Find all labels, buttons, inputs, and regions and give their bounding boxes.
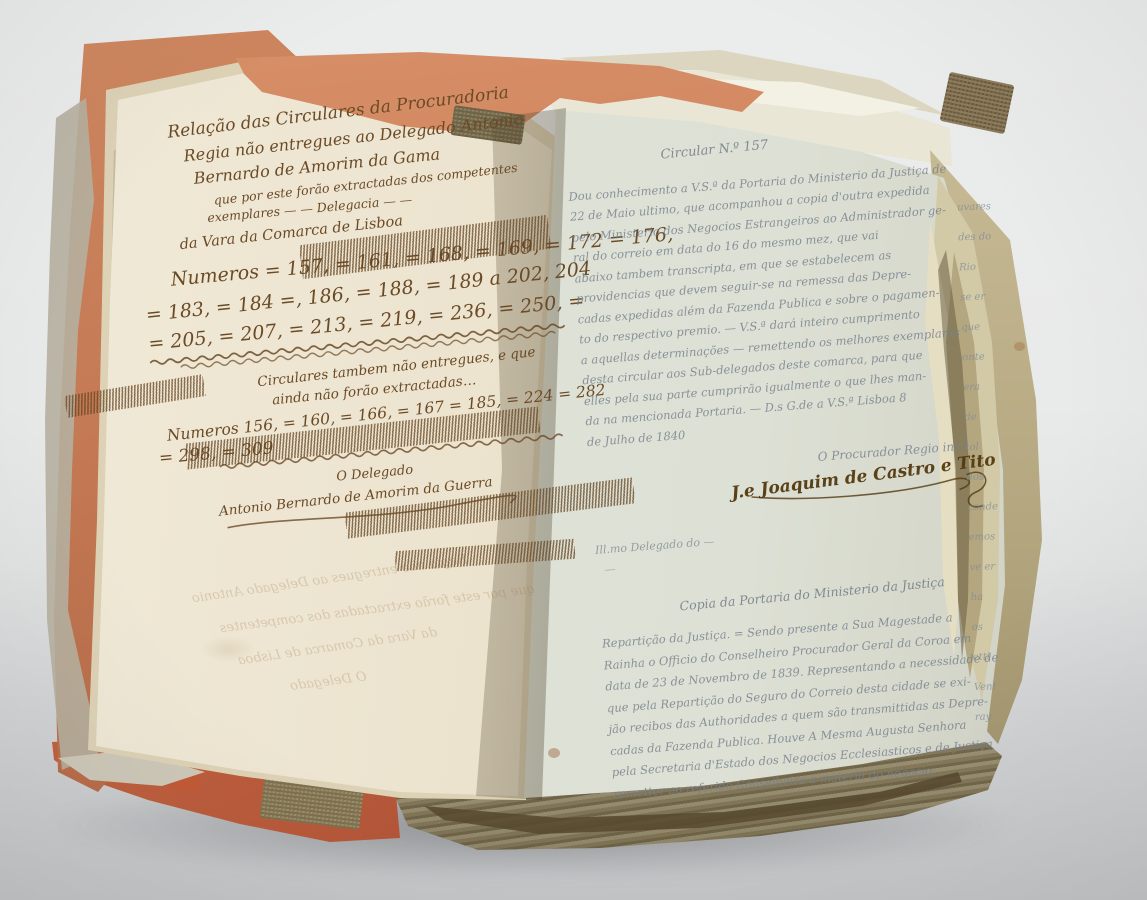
edge-fragment: dos bbox=[966, 461, 1039, 493]
bleedthrough-line: da Vara da Comarca de Lisboa bbox=[237, 625, 438, 669]
edge-fragment: tol bbox=[965, 431, 1038, 463]
edge-fragment: emos bbox=[968, 521, 1041, 553]
edge-fragment: ha bbox=[970, 581, 1043, 613]
edge-fragment: conde bbox=[967, 491, 1040, 523]
photo-open-manuscript-book: Relação das Circulares da Procuradoria R… bbox=[0, 0, 1147, 900]
bleedthrough-line: O Delegado bbox=[289, 669, 367, 694]
edge-fragment: des do bbox=[958, 221, 1031, 253]
edge-fragment: se er bbox=[960, 281, 1033, 313]
edge-fragment: Veni bbox=[973, 671, 1046, 703]
edge-fragment: era bbox=[963, 371, 1036, 403]
edge-fragment: Rio bbox=[959, 251, 1032, 283]
edge-fragment: uvares bbox=[957, 191, 1030, 223]
edge-fragment: onte bbox=[962, 341, 1035, 373]
foxing-spot-2 bbox=[548, 748, 560, 758]
edge-fragment: de bbox=[964, 401, 1037, 433]
edge-fragment: etti bbox=[972, 641, 1045, 673]
edge-fragment: ve er bbox=[969, 551, 1042, 583]
edge-fragment: os bbox=[971, 611, 1044, 643]
edge-fragment: que bbox=[961, 311, 1034, 343]
edge-fragment: ray bbox=[974, 701, 1047, 733]
